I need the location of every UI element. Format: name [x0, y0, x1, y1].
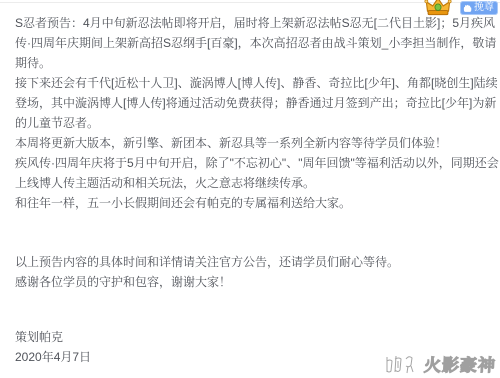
watermark-text: 火影豪神: [423, 351, 496, 376]
fist-icon: [463, 4, 472, 13]
post-text-line: 疾风传·四周年庆将于5月中旬开启，除了"不忘初心"、"周年回馈"等福利活动以外，…: [15, 153, 494, 173]
post-text-line: 登场，其中漩涡博人[博人传]将通过活动免费获得；静香通过月签到产出；奇拉比[少年…: [15, 93, 494, 113]
post-closing-line: 以上预告内容的具体时间和详情请关注官方公告，还请学员们耐心等待。: [15, 252, 494, 272]
post-content: S忍者预告：4月中旬新忍法帖即将开启，届时将上架新忍法帖S忍无[二代目土影]；5…: [15, 13, 494, 367]
post-text-line: 和往年一样，五一小长假期间还会有帕克的专属福利送给大家。: [15, 193, 494, 213]
watermark: 火影豪神: [385, 351, 496, 376]
post-text-line: 接下来还会有千代[近松十人卫]、漩涡博人[博人传]、静香、奇拉比[少年]、角都[…: [15, 73, 494, 93]
post-text-line: 的儿童节忍者。: [15, 113, 494, 133]
post-signature: 策划帕克: [15, 327, 494, 347]
post-closing-line: 感谢各位学员的守护和包容，谢谢大家！: [15, 272, 494, 292]
watermark-logo: [385, 353, 422, 375]
respect-badge-label: 挽尊: [474, 1, 494, 15]
post-page: 挽尊 S忍者预告：4月中旬新忍法帖即将开启，届时将上架新忍法帖S忍无[二代目土影…: [0, 0, 500, 378]
post-text-line: 本周将更新大版本，新引擎、新团本、新忍具等一系列全新内容等待学员们体验！: [15, 133, 494, 153]
crown-icon: [424, 0, 452, 17]
post-text-line: S忍者预告：4月中旬新忍法帖即将开启，届时将上架新忍法帖S忍无[二代目土影]；5…: [15, 13, 494, 33]
post-text-line: 上线博人传主题活动和相关玩法，火之意志将继续传承。: [15, 173, 494, 193]
post-text-line: 传·四周年庆期间上架新高招S忍纲手[百豪]，本次高招忍者由战斗策划_小李担当制作…: [15, 33, 494, 53]
post-text-line: 期待。: [15, 53, 494, 73]
respect-badge-button[interactable]: 挽尊: [460, 1, 498, 15]
